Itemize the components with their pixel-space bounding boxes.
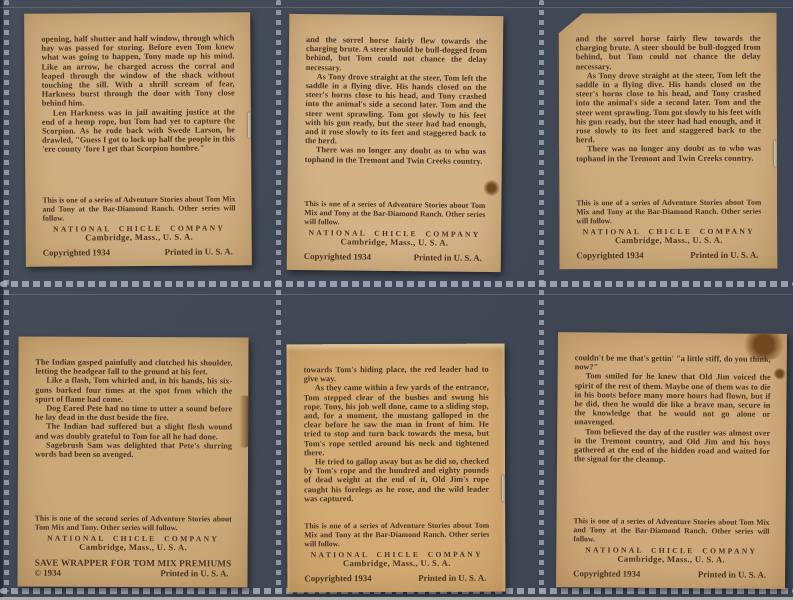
trading-card-bottom-left: The Indian gasped painfully and clutched…	[17, 336, 248, 587]
card-copyright: Copyrighted 1934	[573, 568, 640, 580]
card-company-address: Cambridge, Mass., U. S. A.	[43, 232, 236, 243]
pocket-seam-top	[0, 7, 793, 8]
card-printed-note: Printed in U. S. A.	[414, 252, 482, 264]
staple	[502, 476, 505, 502]
card-printed-note: Printed in U. S. A.	[418, 573, 486, 584]
story-paragraph: There was no longer any doubt as to who …	[305, 145, 486, 165]
card-copyright: Copyrighted 1934	[304, 251, 371, 263]
card-footer: This is one of a series of Adventure Sto…	[42, 195, 235, 258]
stitch-line-vertical-left	[4, 0, 9, 592]
card-bottom-line: Copyrighted 1934 Printed in U. S. A.	[573, 568, 769, 581]
story-paragraph: couldn't be me that's gettin' "a little …	[575, 353, 771, 373]
story-paragraph: and the sorrel horse fairly flew towards…	[306, 35, 487, 74]
story-paragraph: Like a flash, Tom whirled and, in his ha…	[35, 376, 232, 404]
stain	[742, 332, 786, 360]
card-bottom-line: Copyrighted 1934 Printed in U. S. A.	[304, 573, 489, 585]
card-series-note: This is one of the second series of Adve…	[35, 515, 232, 533]
card-story-text: towards Tom's hiding place, the red lead…	[304, 365, 489, 504]
card-printed-note: Printed in U. S. A.	[165, 246, 233, 257]
stain	[483, 180, 499, 196]
stitch-line-vertical-middle-left	[276, 0, 281, 592]
card-copyright: Copyrighted 1934	[43, 247, 110, 258]
story-paragraph: Dog Eared Pete had no time to utter a so…	[35, 404, 232, 423]
trading-card-top-middle: and the sorrel horse fairly flew towards…	[287, 14, 504, 272]
card-series-note: This is one of a series of Adventure Sto…	[573, 517, 769, 545]
card-footer: This is one of a series of Adventure Sto…	[576, 199, 761, 262]
card-footer: This is one of a series of Adventure Sto…	[304, 522, 489, 585]
story-paragraph: Sagebrush Sam was delighted that Pete's …	[35, 440, 232, 459]
story-paragraph: The Indian had suffered but a slight fle…	[35, 422, 232, 441]
card-footer: This is one of the second series of Adve…	[34, 515, 231, 579]
card-story-text: couldn't be me that's gettin' "a little …	[574, 353, 771, 465]
card-bottom-line: Copyrighted 1934 Printed in U. S. A.	[576, 250, 761, 262]
card-copyright: Copyrighted 1934	[304, 573, 371, 584]
card-story-text: and the sorrel horse fairly flew towards…	[305, 35, 487, 166]
stitch-line-vertical-middle-right	[539, 0, 544, 592]
story-paragraph: As Tony drove straight at the steer, Tom…	[305, 72, 487, 148]
stitch-line-horizontal-middle	[0, 281, 793, 287]
story-paragraph: and the sorrel horse fairly flew towards…	[576, 34, 761, 71]
trading-card-bottom-right: couldn't be me that's gettin' "a little …	[556, 332, 787, 589]
card-company-address: Cambridge, Mass., U. S. A.	[573, 554, 769, 565]
card-story-text: opening, half shutter and half window, t…	[41, 33, 235, 154]
story-paragraph: Tom believed the day of the rustler was …	[574, 427, 770, 465]
story-paragraph: The Indian gasped painfully and clutched…	[35, 358, 232, 377]
card-bottom-line: © 1934 Printed in U. S. A.	[34, 568, 231, 580]
story-paragraph: opening, half shutter and half window, t…	[41, 33, 235, 108]
card-printed-note: Printed in U. S. A.	[690, 250, 758, 261]
card-premium-note: SAVE WRAPPER FOR TOM MIX PREMIUMS	[35, 557, 232, 568]
trading-card-top-right: and the sorrel horse fairly flew towards…	[559, 13, 778, 270]
edge-tear	[239, 395, 248, 447]
trading-card-top-left: opening, half shutter and half window, t…	[24, 12, 252, 267]
story-paragraph: Len Harkness was in jail awaiting justic…	[42, 107, 235, 154]
card-footer: This is one of a series of Adventure Sto…	[573, 517, 769, 580]
card-series-note: This is one of a series of Adventure Sto…	[304, 522, 489, 549]
card-bottom-line: Copyrighted 1934 Printed in U. S. A.	[304, 251, 485, 264]
story-paragraph: As they came within a few yards of the e…	[304, 383, 489, 457]
card-story-text: The Indian gasped painfully and clutched…	[35, 358, 232, 460]
card-series-note: This is one of a series of Adventure Sto…	[304, 200, 485, 228]
card-bottom-line: Copyrighted 1934 Printed in U. S. A.	[43, 246, 236, 258]
card-copyright: © 1934	[34, 568, 60, 579]
story-paragraph: There was no longer any doubt as to who …	[576, 144, 761, 163]
card-company-address: Cambridge, Mass., U. S. A.	[35, 543, 232, 553]
card-series-note: This is one of a series of Adventure Sto…	[576, 199, 761, 226]
page-left-edge	[0, 0, 3, 600]
pocket-seam-middle	[0, 294, 793, 295]
card-story-text: and the sorrel horse fairly flew towards…	[576, 34, 761, 163]
staple	[774, 141, 777, 167]
story-paragraph: Tom smiled for he knew that Old Jim voic…	[574, 372, 770, 429]
story-paragraph: towards Tom's hiding place, the red lead…	[304, 365, 489, 384]
story-paragraph: He tried to gallop away but as he did so…	[304, 457, 489, 504]
trading-card-bottom-middle: towards Tom's hiding place, the red lead…	[287, 344, 506, 593]
card-company-address: Cambridge, Mass., U. S. A.	[304, 558, 489, 568]
card-copyright: Copyrighted 1934	[576, 250, 643, 261]
stain	[774, 368, 786, 380]
card-company-address: Cambridge, Mass., U. S. A.	[304, 237, 485, 248]
album-page: opening, half shutter and half window, t…	[0, 0, 793, 600]
card-printed-note: Printed in U. S. A.	[698, 569, 766, 581]
card-company-address: Cambridge, Mass., U. S. A.	[576, 235, 761, 245]
card-series-note: This is one of a series of Adventure Sto…	[42, 195, 235, 223]
card-footer: This is one of a series of Adventure Sto…	[304, 200, 486, 264]
story-paragraph: As Tony drove straight at the steer, Tom…	[576, 70, 761, 144]
card-printed-note: Printed in U. S. A.	[160, 568, 228, 579]
staple	[248, 112, 252, 138]
